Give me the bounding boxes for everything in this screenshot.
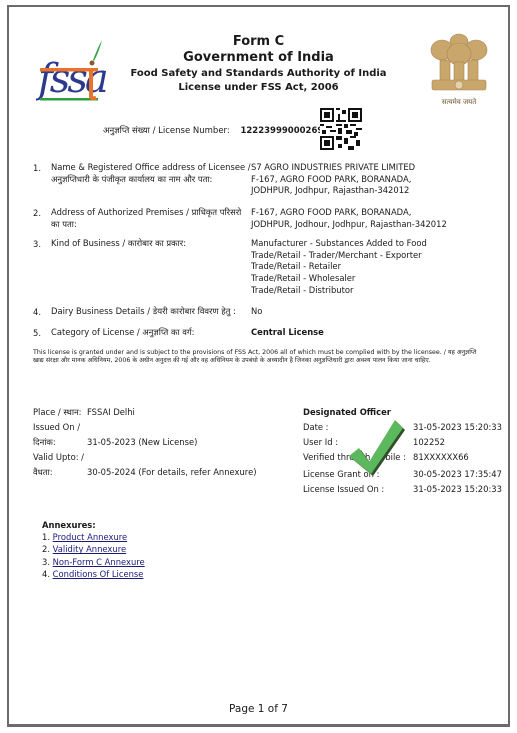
item-number: 4. (33, 307, 47, 319)
item-label: Name & Registered Office address of Lice… (51, 162, 251, 185)
license-number-value: 12223999000269 (240, 126, 323, 136)
annexure-number: 3. (42, 557, 50, 567)
place-label: Place / स्थान: (33, 405, 87, 420)
value-line: No (251, 306, 491, 318)
valid-upto-label: Valid Upto: / वैधता: (33, 450, 87, 480)
qr-code-icon (320, 108, 362, 150)
value-line: S7 AGRO INDUSTRIES PRIVATE LIMITED (251, 162, 491, 174)
issue-details: Place / स्थान:FSSAI Delhi Issued On / दि… (33, 405, 257, 480)
license-issued-label: License Issued On : (303, 482, 413, 497)
item-value: Central License (251, 327, 491, 339)
place-value: FSSAI Delhi (87, 407, 135, 417)
mobile-value: 81XXXXXX66 (413, 452, 469, 462)
item-label: Dairy Business Details / डेयरी कारोबार व… (51, 306, 281, 318)
page-number: Page 1 of 7 (0, 703, 517, 715)
non-form-c-annexure-link[interactable]: Non-Form C Annexure (53, 557, 145, 567)
item-value: S7 AGRO INDUSTRIES PRIVATE LIMITED F-167… (251, 162, 491, 197)
valid-upto-value: 30-05-2024 (For details, refer Annexure) (87, 467, 257, 477)
grant-on-value: 30-05-2023 17:35:47 (413, 469, 502, 479)
license-number-label: अनुज्ञप्ति संख्या / License Number: (103, 126, 230, 136)
value-line: Trade/Retail - Wholesaler (251, 273, 491, 285)
conditions-of-license-link[interactable]: Conditions Of License (53, 569, 144, 579)
product-annexure-link[interactable]: Product Annexure (53, 532, 128, 542)
license-notice: This license is granted under and is sub… (33, 349, 483, 365)
item-number: 3. (33, 239, 47, 251)
value-line: F-167, AGRO FOOD PARK, BORANADA, (251, 174, 491, 186)
value-line: Manufacturer - Substances Added to Food (251, 238, 491, 250)
item-number: 2. (33, 208, 47, 220)
validity-annexure-link[interactable]: Validity Annexure (53, 544, 126, 554)
license-number-line: अनुज्ञप्ति संख्या / License Number: 1222… (103, 125, 323, 136)
annexures-section: Annexures: 1. Product Annexure 2. Validi… (42, 519, 145, 580)
officer-date-value: 31-05-2023 15:20:33 (413, 422, 502, 432)
value-line: Trade/Retail - Distributor (251, 285, 491, 297)
document-page (7, 5, 510, 727)
value-line: Trade/Retail - Retailer (251, 261, 491, 273)
value-line: Trade/Retail - Trader/Merchant - Exporte… (251, 250, 491, 262)
user-id-value: 102252 (413, 437, 445, 447)
item-number: 1. (33, 163, 47, 175)
item-value: F-167, AGRO FOOD PARK, BORANADA, JODHPUR… (251, 207, 491, 230)
issued-on-value: 31-05-2023 (New License) (87, 437, 197, 447)
national-emblem-icon: सत्यमेव जयते (420, 28, 498, 108)
license-issued-value: 31-05-2023 15:20:33 (413, 484, 502, 494)
annexures-title: Annexures: (42, 519, 145, 531)
item-value: Manufacturer - Substances Added to Food … (251, 238, 491, 297)
item-label: Category of License / अनुज्ञप्ति का वर्ग… (51, 327, 251, 339)
item-label: Address of Authorized Premises / प्राधिक… (51, 207, 251, 230)
annexure-number: 2. (42, 544, 50, 554)
item-number: 5. (33, 328, 47, 340)
value-line: Central License (251, 327, 491, 339)
item-label: Kind of Business / कारोबार का प्रकार: (51, 238, 251, 250)
issued-on-label: Issued On / दिनांक: (33, 420, 87, 450)
green-checkmark-icon (345, 416, 405, 478)
annexure-number: 1. (42, 532, 50, 542)
value-line: JODHPUR, Jodhpur, Rajasthan-342012 (251, 185, 491, 197)
value-line: F-167, AGRO FOOD PARK, BORANADA, (251, 207, 491, 219)
value-line: JODHPUR, Jodhour, Jodhpur, Rajasthan-342… (251, 219, 491, 231)
annexure-number: 4. (42, 569, 50, 579)
item-value: No (251, 306, 491, 318)
emblem-motto: सत्यमेव जयते (442, 97, 477, 106)
